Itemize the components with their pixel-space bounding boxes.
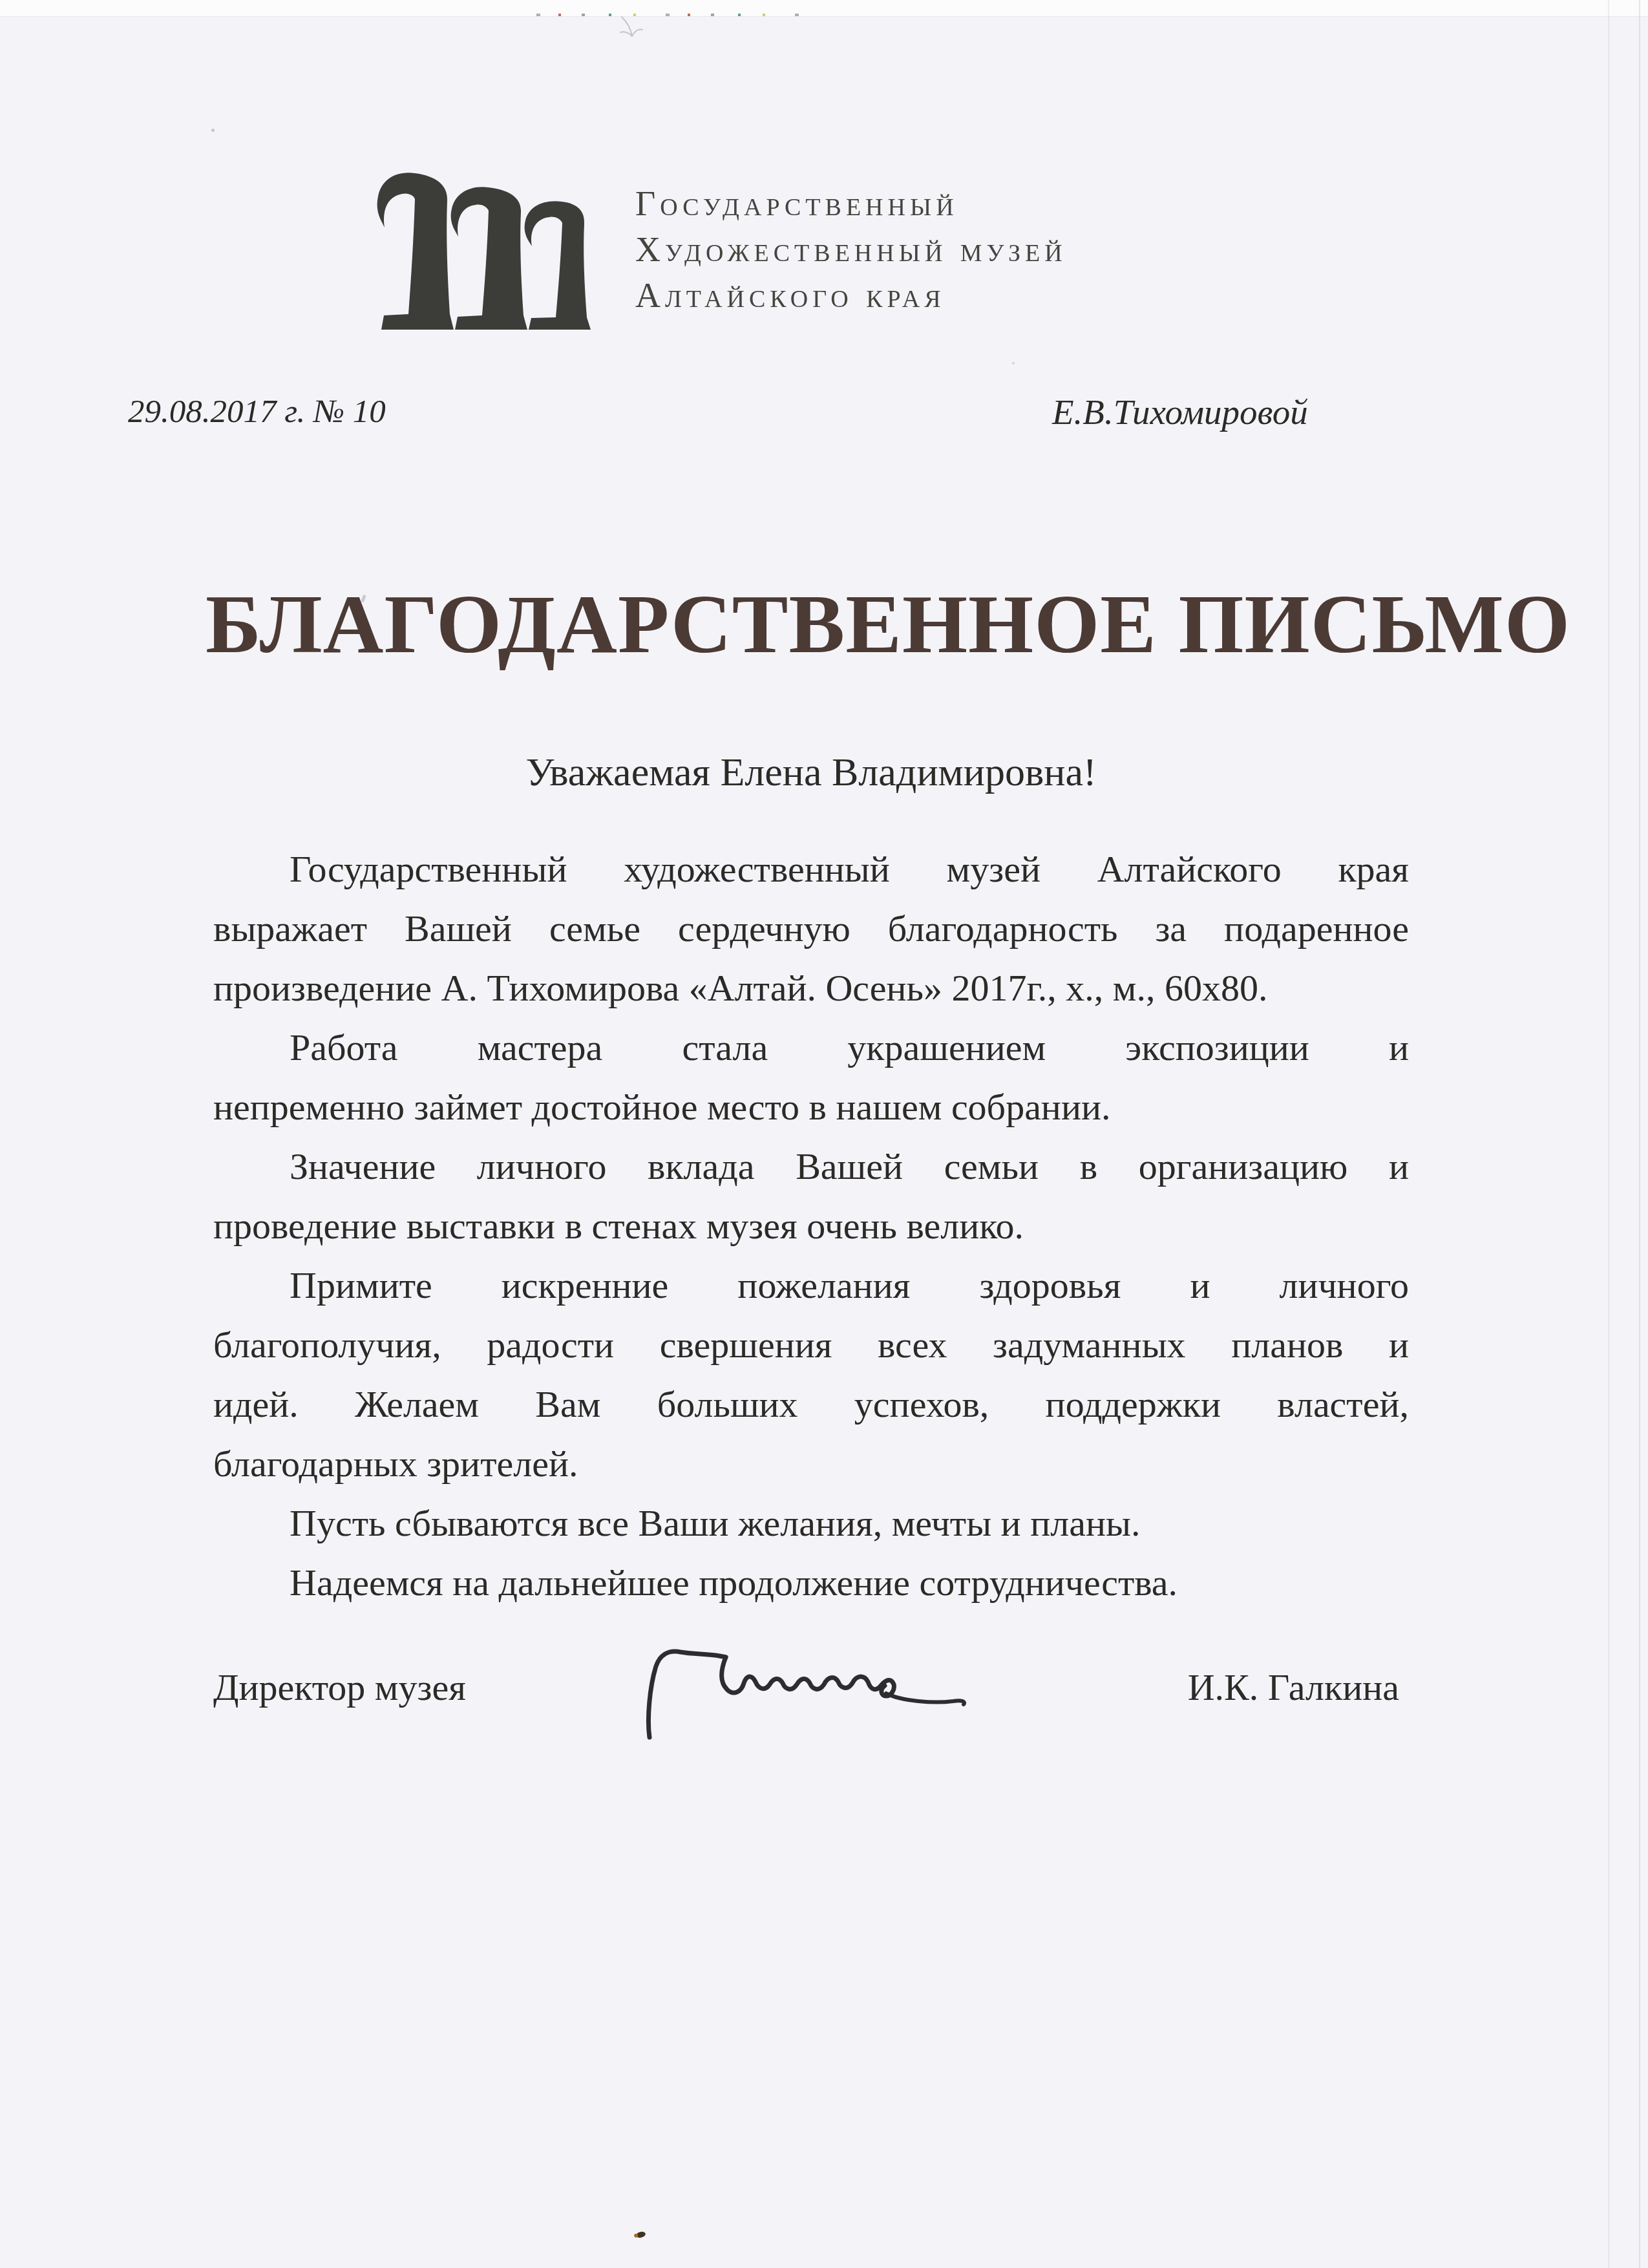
museum-name-line: Художественный музей [635,227,1067,273]
handwritten-signature [630,1642,979,1745]
scan-noise-line [536,14,814,16]
scanned-letter-page: ГосударственныйХудожественный музейАлтай… [0,0,1648,2268]
dust-speck [211,129,215,132]
letter-body-line: Государственный художественный музей Алт… [213,840,1409,899]
letter-body-line: проведение выставки в стенах музея очень… [213,1196,1409,1256]
museum-name-line: Государственный [635,181,1067,227]
addressee: Е.В.Тихомировой [1052,391,1308,433]
letter-body-line: непременно займет достойное место в наше… [213,1077,1409,1137]
letter-body-line: Надеемся на дальнейшее продолжение сотру… [213,1553,1409,1613]
letter-body-line: Пусть сбываются все Ваши желания, мечты … [213,1494,1409,1553]
signer-role: Директор музея [213,1668,466,1708]
letter-body-line: выражает Вашей семье сердечную благодарн… [213,899,1409,959]
letter-body-line: Работа мастера стала украшением экспозиц… [213,1018,1409,1077]
letter-body-line: благополучия, радости свершения всех зад… [213,1315,1409,1375]
scanner-streak [1608,0,1609,2268]
scan-top-strip [0,0,1648,17]
scanner-streak [1639,0,1640,2268]
letter-body: Государственный художественный музей Алт… [213,840,1409,1613]
letter-title: БЛАГОДАРСТВЕННОЕ ПИСЬМО [206,580,1401,668]
signer-name: И.К. Галкина [1188,1668,1399,1708]
letter-body-line: благодарных зрителей. [213,1434,1409,1494]
letter-body-line: Значение личного вклада Вашей семьи в ор… [213,1137,1409,1196]
museum-name-block: ГосударственныйХудожественный музейАлтай… [635,181,1067,319]
letter-body-line: произведение А. Тихомирова «Алтай. Осень… [213,959,1409,1018]
salutation: Уважаемая Елена Владимировна! [213,750,1409,795]
dirt-mark [635,2231,646,2238]
meta-row: 29.08.2017 г. № 10 Е.В.Тихомировой [0,391,1648,436]
letter-body-line: идей. Желаем Вам больших успехов, поддер… [213,1375,1409,1434]
dust-speck [1012,362,1015,365]
pencil-squiggle-mark [615,16,645,41]
museum-name-line: Алтайского края [635,273,1067,319]
letter-body-line: Примите искренние пожелания здоровья и л… [213,1256,1409,1315]
date-and-number: 29.08.2017 г. № 10 [128,391,386,433]
museum-logo-m-icon [374,169,593,335]
